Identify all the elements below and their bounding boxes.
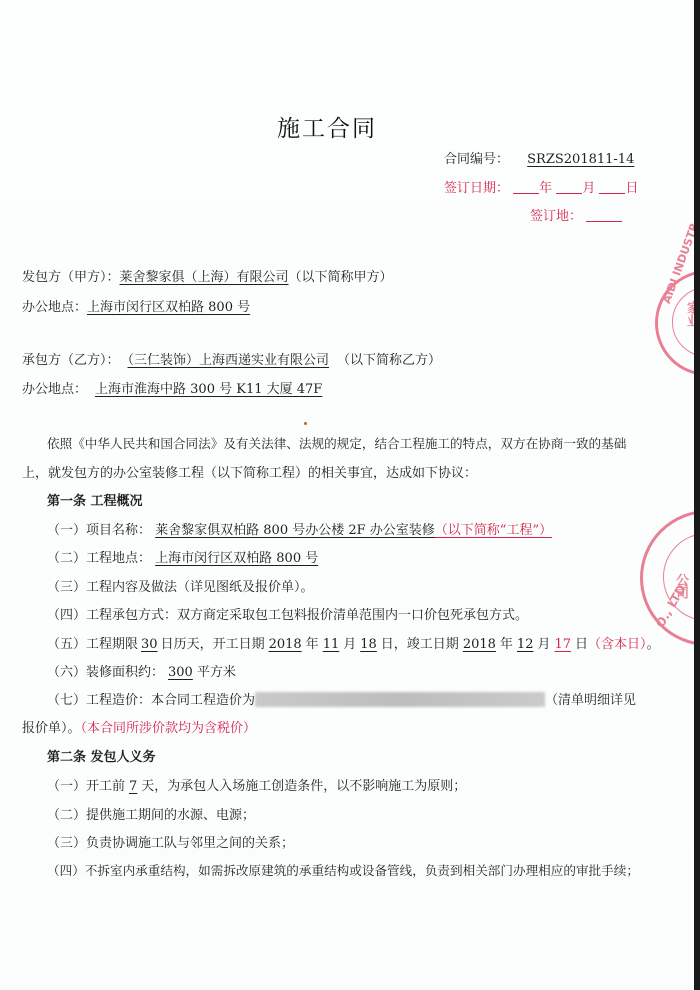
contract-number-row: 合同编号： SRZS201811-14 bbox=[444, 148, 644, 167]
prep-days-value: 7 bbox=[125, 779, 141, 794]
contract-number-value: SRZS201811-14 bbox=[513, 152, 644, 167]
article-2-item-1: （一）开工前7天，为承包人入场施工创造条件，以不影响施工为原则； bbox=[47, 775, 466, 794]
area-unit: 平方米 bbox=[197, 665, 236, 680]
period-text-1: 日历天，开工日期 bbox=[161, 637, 265, 652]
start-month: 11 bbox=[319, 637, 344, 652]
sign-place-label: 签订地： bbox=[530, 209, 582, 224]
sign-place-row: 签订地： bbox=[530, 205, 622, 224]
end-month: 12 bbox=[513, 637, 538, 652]
redacted-cost-value bbox=[255, 692, 545, 707]
party-b-address: 上海市淮海中路 300 号 K11 大厦 47F bbox=[87, 382, 322, 397]
party-b-name: （三仁装饰）上海西递实业有限公司 bbox=[120, 353, 338, 368]
sign-place-blank bbox=[586, 209, 622, 222]
preamble-line-2: 上，就发包方的办公室装修工程（以下简称工程）的相关事宜，达成如下协议： bbox=[22, 462, 477, 481]
party-a-suffix: （以下简称甲方） bbox=[289, 270, 393, 285]
sign-date-row: 签订日期： 年 月 日 bbox=[444, 177, 638, 196]
sign-date-day-blank bbox=[599, 181, 625, 194]
article-2-item-3: （三）负责协调施工队与邻里之间的关系； bbox=[47, 832, 294, 851]
project-location-label: （二）工程地点： bbox=[47, 551, 151, 566]
article-1-heading: 第一条 工程概况 bbox=[47, 490, 143, 509]
start-year: 2018 bbox=[265, 637, 306, 652]
party-b-address-row: 办公地点：上海市淮海中路 300 号 K11 大厦 47F bbox=[22, 378, 322, 397]
article-1-item-1: （一）项目名称： 莱舍黎家俱双柏路 800 号办公楼 2F 办公室装修（以下简称… bbox=[47, 519, 552, 538]
sign-date-month-blank bbox=[556, 181, 582, 194]
party-a-name: 莱舍黎家俱（上海）有限公司 bbox=[120, 270, 289, 285]
scan-border bbox=[694, 0, 700, 990]
article-1-item-3: （三）工程内容及做法（详见图纸及报价单）。 bbox=[47, 576, 314, 595]
party-b-address-label: 办公地点： bbox=[22, 382, 87, 397]
scan-speck bbox=[304, 422, 307, 425]
project-location-value: 上海市闵行区双柏路 800 号 bbox=[155, 551, 318, 566]
start-day: 18 bbox=[356, 637, 381, 652]
party-b-row: 承包方（乙方）：（三仁装饰）上海西递实业有限公司（以下简称乙方） bbox=[22, 349, 441, 368]
party-a-address-label: 办公地点： bbox=[22, 300, 87, 315]
end-year: 2018 bbox=[459, 637, 500, 652]
tax-note: （本合同所涉价款均为含税价） bbox=[81, 721, 257, 736]
article-1-item-6: （六）装修面积约：300平方米 bbox=[47, 661, 236, 680]
article-1-item-7: （七）工程造价：本合同工程造价为（清单明细详见 bbox=[47, 689, 636, 708]
party-a-address-row: 办公地点：上海市闵行区双柏路 800 号 bbox=[22, 296, 250, 315]
contract-number-label: 合同编号： bbox=[444, 152, 509, 167]
party-b-label: 承包方（乙方）： bbox=[22, 353, 120, 368]
company-seal-bottom: O., LTD. 公司 bbox=[640, 510, 700, 646]
sign-date-year-blank bbox=[513, 181, 539, 194]
project-name-label: （一）项目名称： bbox=[47, 523, 151, 538]
period-prefix: （五）工程期限 bbox=[47, 637, 138, 652]
party-a-label: 发包方（甲方）： bbox=[22, 270, 120, 285]
article-2-heading: 第二条 发包人义务 bbox=[47, 746, 156, 765]
article-1-item-5: （五）工程期限30日历天，开工日期2018年11月18日，竣工日期2018年12… bbox=[47, 633, 660, 652]
article-2-item-4: （四）不拆室内承重结构，如需拆改原建筑的承重结构或设备管线，负责到相关部门办理相… bbox=[47, 860, 639, 879]
cost-label: （七）工程造价：本合同工程造价为 bbox=[47, 693, 255, 708]
start-year-unit: 年 bbox=[306, 637, 319, 652]
period-end: 。 bbox=[647, 637, 660, 652]
sign-date-year-unit: 年 bbox=[539, 181, 552, 196]
end-day: 17 bbox=[550, 637, 575, 652]
project-name-suffix: （以下简称“工程”） bbox=[435, 523, 552, 538]
contract-page: 施工合同 合同编号： SRZS201811-14 签订日期： 年 月 日 签订地… bbox=[0, 0, 700, 990]
document-title: 施工合同 bbox=[277, 110, 377, 143]
article-1-item-7-line-2: 报价单）。（本合同所涉价款均为含税价） bbox=[22, 717, 256, 736]
article-1-item-2: （二）工程地点： 上海市闵行区双柏路 800 号 bbox=[47, 547, 318, 566]
article-2-item-2: （二）提供施工期间的水源、电源； bbox=[47, 804, 255, 823]
cost-suffix: （清单明细详见 bbox=[545, 693, 636, 708]
preamble-line-1: 依照《中华人民共和国合同法》及有关法律、法规的规定，结合工程施工的特点，双方在协… bbox=[47, 433, 626, 452]
party-b-suffix: （以下简称乙方） bbox=[337, 353, 441, 368]
project-name-value: 莱舍黎家俱双柏路 800 号办公楼 2F 办公室装修 bbox=[155, 523, 435, 538]
end-day-unit: 日 bbox=[575, 637, 588, 652]
period-days: 30 bbox=[138, 637, 161, 652]
party-a-address: 上海市闵行区双柏路 800 号 bbox=[87, 300, 250, 315]
article-1-item-4: （四）工程承包方式：双方商定采取包工包料报价清单范围内一口价包死承包方式。 bbox=[47, 604, 528, 623]
prep-days-suffix: 天，为承包人入场施工创造条件，以不影响施工为原则； bbox=[141, 779, 466, 794]
sign-date-label: 签订日期： bbox=[444, 181, 509, 196]
seal-text-inner-bottom: 公司 bbox=[671, 573, 690, 599]
end-month-unit: 月 bbox=[537, 637, 550, 652]
sign-date-month-unit: 月 bbox=[582, 181, 595, 196]
party-a-row: 发包方（甲方）：莱舍黎家俱（上海）有限公司（以下简称甲方） bbox=[22, 266, 393, 285]
start-month-unit: 月 bbox=[343, 637, 356, 652]
period-text-2: 日，竣工日期 bbox=[381, 637, 459, 652]
prep-days-prefix: （一）开工前 bbox=[47, 779, 125, 794]
end-year-unit: 年 bbox=[500, 637, 513, 652]
area-label: （六）装修面积约： bbox=[47, 665, 164, 680]
sign-date-day-unit: 日 bbox=[625, 181, 638, 196]
cost-line2-prefix: 报价单）。 bbox=[22, 721, 81, 736]
period-note: （含本日） bbox=[588, 637, 647, 652]
area-value: 300 bbox=[164, 665, 197, 680]
